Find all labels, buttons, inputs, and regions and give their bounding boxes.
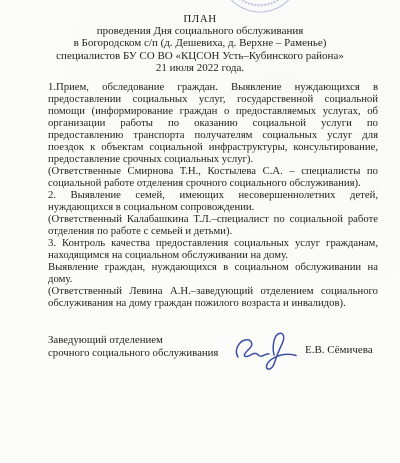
paragraph-1: 1.Прием, обследование граждан. Выявление… <box>48 81 378 165</box>
header-line-1: проведения Дня социального обслуживания <box>0 25 400 37</box>
document-body: 1.Прием, обследование граждан. Выявление… <box>48 81 378 309</box>
header-line-3: специалистов БУ СО ВО «КЦСОН Усть–Кубинс… <box>0 50 400 62</box>
signatory-role-line-1: Заведующий отделением <box>48 334 218 347</box>
handwritten-signature <box>231 330 303 376</box>
signatory-name: Е.В. Сёмичева <box>305 344 373 357</box>
signature-block: Заведующий отделением срочного социально… <box>48 334 380 398</box>
document-page: ПЛАН проведения Дня социального обслужив… <box>0 0 400 463</box>
signatory-role-line-2: срочного социального обслуживания <box>48 347 218 360</box>
paragraph-2: 2. Выявление семей, имеющих несовершенно… <box>48 189 378 213</box>
paragraph-3: 3. Контроль качества предоставления соци… <box>48 237 378 261</box>
signatory-role: Заведующий отделением срочного социально… <box>48 334 218 360</box>
paragraph-responsible-1: (Ответственные Смирнова Т.Н., Костылева … <box>48 165 378 189</box>
document-title: ПЛАН <box>0 13 400 25</box>
paragraph-4: Выявление граждан, нуждающихся в социаль… <box>48 261 378 285</box>
header-line-4: 21 июля 2022 года. <box>0 62 400 74</box>
paragraph-responsible-3: (Ответственный Левина А.Н.–заведующий от… <box>48 285 378 309</box>
paragraph-responsible-2: (Ответственный Калабашкина Т.Л.–специали… <box>48 213 378 237</box>
document-header: ПЛАН проведения Дня социального обслужив… <box>0 0 400 74</box>
header-line-2: в Богородском с/п (д. Дешевиха, д. Верхн… <box>0 37 400 49</box>
